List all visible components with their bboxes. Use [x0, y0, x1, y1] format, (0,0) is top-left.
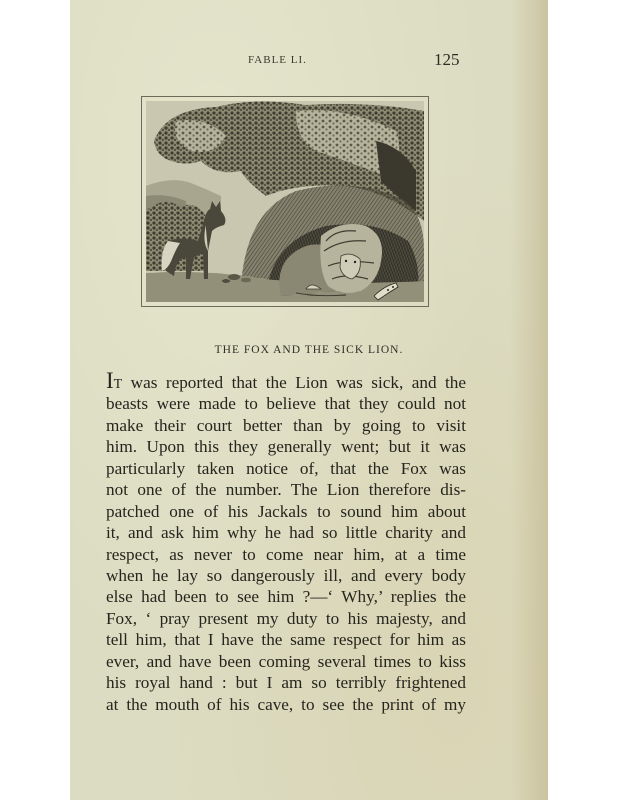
- running-head: FABLE LI. 125: [70, 52, 548, 72]
- fable-title-caption: THE FOX AND THE SICK LION.: [70, 344, 548, 356]
- fable-number-heading: FABLE LI.: [248, 54, 307, 66]
- text-line: particularly taken notice of, that the F…: [106, 458, 466, 479]
- book-page: FABLE LI. 125: [70, 0, 548, 800]
- page-number: 125: [434, 50, 460, 70]
- text-line: respect, as never to come near him, at a…: [106, 544, 466, 565]
- smallcap-letter: T: [114, 377, 123, 392]
- fable-body-text: IT was reported that the Lion was sick, …: [106, 372, 466, 715]
- text-line: make their court better than by going to…: [106, 415, 466, 436]
- text-line-content: was reported that the Lion was sick, and…: [122, 373, 466, 392]
- text-line: him. Upon this they generally went; but …: [106, 436, 466, 457]
- text-line: beasts were made to believe that they co…: [106, 393, 466, 414]
- text-line: Fox, ‘ pray present my duty to his majes…: [106, 608, 466, 629]
- text-line: else had been to see him ?—‘ Why,’ repli…: [106, 586, 466, 607]
- dropcap-letter: I: [106, 368, 114, 393]
- fable-illustration: [141, 96, 429, 307]
- text-line: when he lay so dangerously ill, and ever…: [106, 565, 466, 586]
- text-line: tell him, that I have the same respect f…: [106, 629, 466, 650]
- text-line: IT was reported that the Lion was sick, …: [106, 372, 466, 393]
- text-line: ever, and have been coming several times…: [106, 651, 466, 672]
- text-line: patched one of his Jackals to sound him …: [106, 501, 466, 522]
- text-line: his royal hand : but I am so terribly fr…: [106, 672, 466, 693]
- text-line: it, and ask him why he had so little cha…: [106, 522, 466, 543]
- engraving-image: [146, 101, 424, 302]
- text-line: not one of the number. The Lion therefor…: [106, 479, 466, 500]
- text-line: at the mouth of his cave, to see the pri…: [106, 694, 466, 715]
